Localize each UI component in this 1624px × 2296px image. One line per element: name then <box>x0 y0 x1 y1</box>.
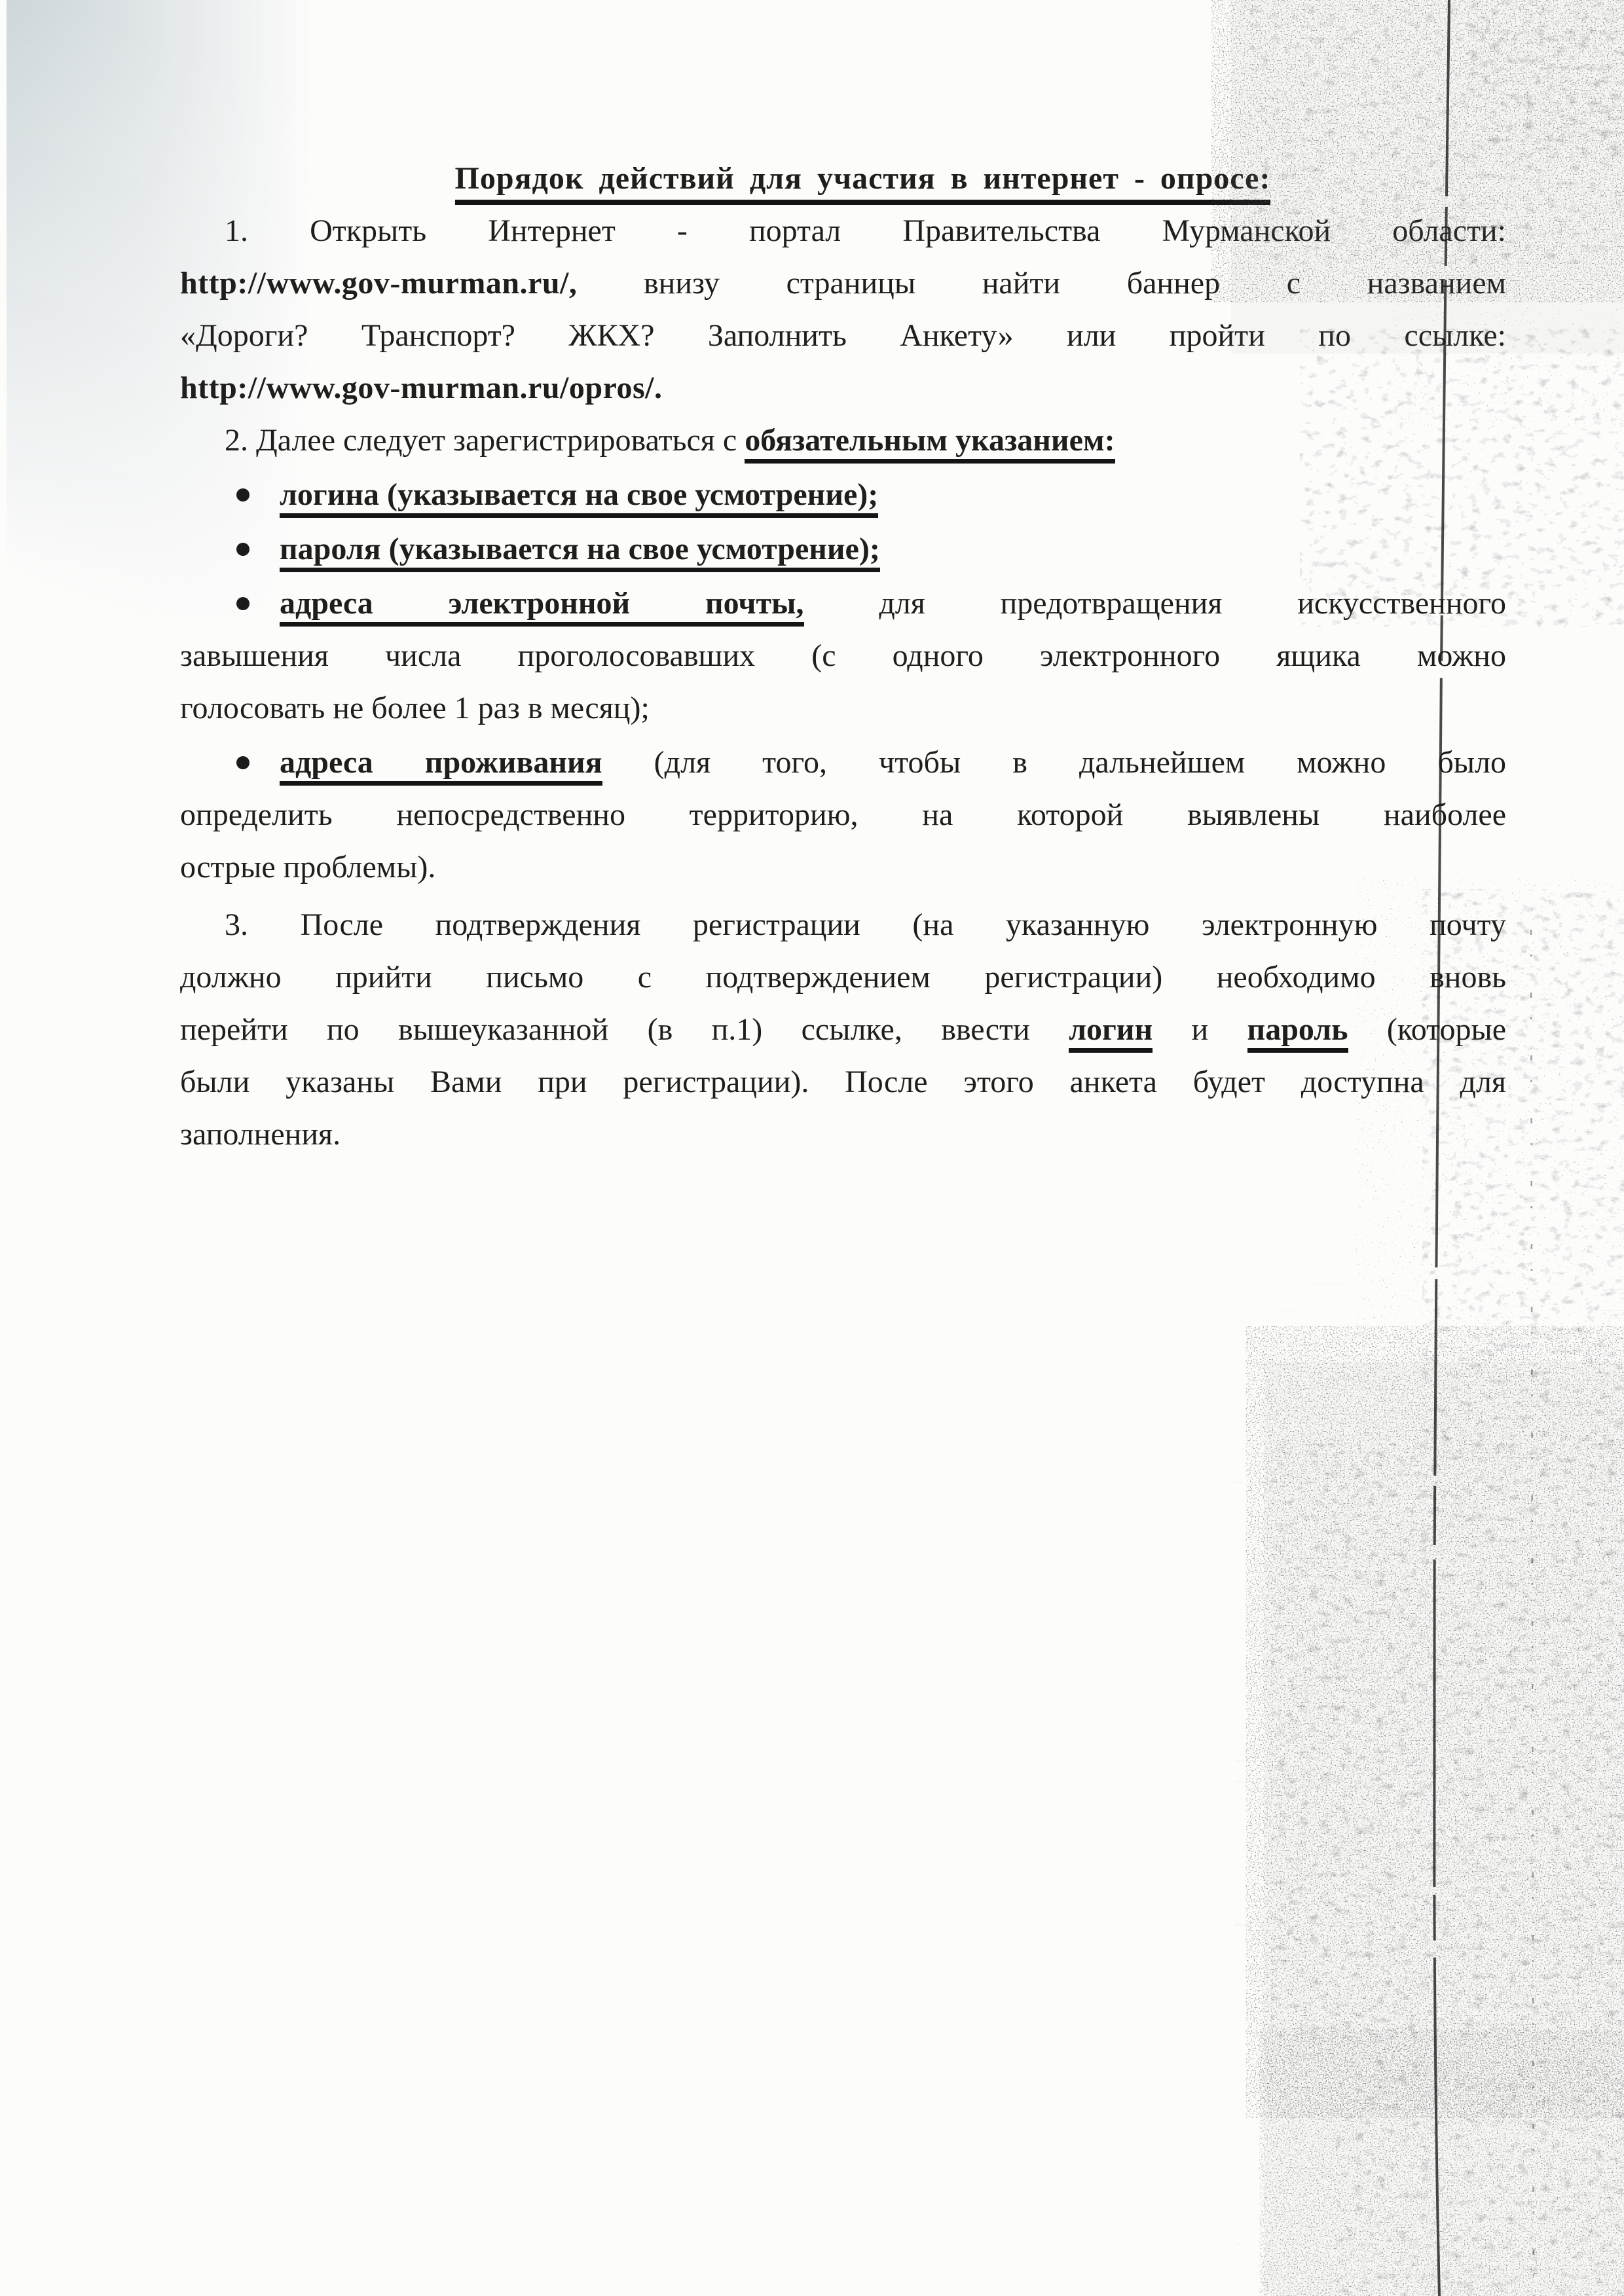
opros-url: http://www.gov-murman.ru/opros/. <box>180 371 663 405</box>
step-2-paragraph: 2. Далее следует зарегистрироваться с об… <box>180 414 1506 467</box>
step-3-text: (которые <box>1387 1012 1506 1047</box>
text-line: заполнения. <box>180 1108 1506 1161</box>
step-3-paragraph: 3. После подтверждения регистрации (на у… <box>180 899 1506 1161</box>
text-line: «Дороги? Транспорт? ЖКХ? Заполнить Анкет… <box>180 310 1506 362</box>
text-line: 1. Открыть Интернет - портал Правительст… <box>180 205 1506 257</box>
document-text-column: Порядок действий для участия в интернет … <box>180 153 1506 1161</box>
text-line: http://www.gov-murman.ru/opros/. <box>180 362 1506 414</box>
bullet-dot-icon <box>236 543 249 556</box>
bullet-login-text: логина (указывается на свое усмотрение); <box>280 477 878 518</box>
bullet-address-emphasis: адреса проживания <box>280 745 602 786</box>
step-3-text: должно прийти письмо с подтверждением ре… <box>180 960 1506 994</box>
step-2-lead: 2. Далее следует зарегистрироваться с <box>225 423 737 458</box>
text-line: были указаны Вами при регистрации). Посл… <box>180 1056 1506 1108</box>
step-3-text: 3. После подтверждения регистрации (на у… <box>225 907 1506 942</box>
bullet-address-text: (для того, чтобы в дальнейшем можно было <box>654 745 1506 780</box>
login-emphasis: логин <box>1069 1012 1153 1053</box>
text-line: перейти по вышеуказанной (в п.1) ссылке,… <box>180 1004 1506 1056</box>
step-3-text: заполнения. <box>180 1117 341 1152</box>
page-title-text: Порядок действий для участия в интернет … <box>455 161 1271 205</box>
text-line: 2. Далее следует зарегистрироваться с об… <box>180 414 1506 467</box>
portal-url: http://www.gov-murman.ru/, <box>180 266 577 301</box>
bullet-address-text: острые проблемы). <box>180 850 435 884</box>
text-line: должно прийти письмо с подтверждением ре… <box>180 951 1506 1004</box>
text-line: логина (указывается на свое усмотрение); <box>180 469 1506 521</box>
bullet-password-text: пароля (указывается на свое усмотрение); <box>280 532 880 572</box>
bullet-email-emphasis: адреса электронной почты, <box>280 586 804 627</box>
bullet-dot-icon <box>236 756 249 769</box>
text-line: адреса электронной почты, для предотвращ… <box>180 577 1506 630</box>
text-line: определить непосредственно территорию, н… <box>180 789 1506 841</box>
text-line: острые проблемы). <box>180 841 1506 894</box>
step-3-text: перейти по вышеуказанной (в п.1) ссылке,… <box>180 1012 1030 1047</box>
bullet-email-text: голосовать не более 1 раз в месяц); <box>180 691 650 725</box>
text-line: 3. После подтверждения регистрации (на у… <box>180 899 1506 951</box>
bullet-address: адреса проживания (для того, чтобы в дал… <box>180 737 1506 894</box>
step-3-text: были указаны Вами при регистрации). Посл… <box>180 1065 1506 1099</box>
step-2-emphasis: обязательным указанием: <box>745 423 1115 464</box>
text-line: http://www.gov-murman.ru/, внизу страниц… <box>180 257 1506 310</box>
scanned-document-page: Порядок действий для участия в интернет … <box>0 0 1624 2296</box>
step-1-text: внизу страницы найти баннер с названием <box>644 266 1506 301</box>
text-line: завышения числа проголосовавших (с одног… <box>180 630 1506 682</box>
step-1-lead: 1. Открыть Интернет - портал Правительст… <box>225 213 1506 248</box>
bullet-email-text: для предотвращения искусственного <box>879 586 1506 621</box>
bullet-login: логина (указывается на свое усмотрение); <box>180 469 1506 521</box>
bullet-dot-icon <box>236 597 249 610</box>
bullet-dot-icon <box>236 488 249 501</box>
text-line: голосовать не более 1 раз в месяц); <box>180 682 1506 735</box>
bullet-email-text: завышения числа проголосовавших (с одног… <box>180 638 1506 673</box>
faint-crease-line <box>1531 930 1534 2296</box>
bullet-address-text: определить непосредственно территорию, н… <box>180 797 1506 832</box>
text-line: пароля (указывается на свое усмотрение); <box>180 523 1506 575</box>
text-line: адреса проживания (для того, чтобы в дал… <box>180 737 1506 789</box>
step-1-paragraph: 1. Открыть Интернет - портал Правительст… <box>180 205 1506 414</box>
bullet-email: адреса электронной почты, для предотвращ… <box>180 577 1506 735</box>
bullet-password: пароля (указывается на свое усмотрение); <box>180 523 1506 575</box>
step-3-text: и <box>1191 1012 1208 1047</box>
page-title: Порядок действий для участия в интернет … <box>200 153 1526 205</box>
password-emphasis: пароль <box>1247 1012 1348 1053</box>
step-1-text-banner: «Дороги? Транспорт? ЖКХ? Заполнить Анкет… <box>180 318 1506 353</box>
